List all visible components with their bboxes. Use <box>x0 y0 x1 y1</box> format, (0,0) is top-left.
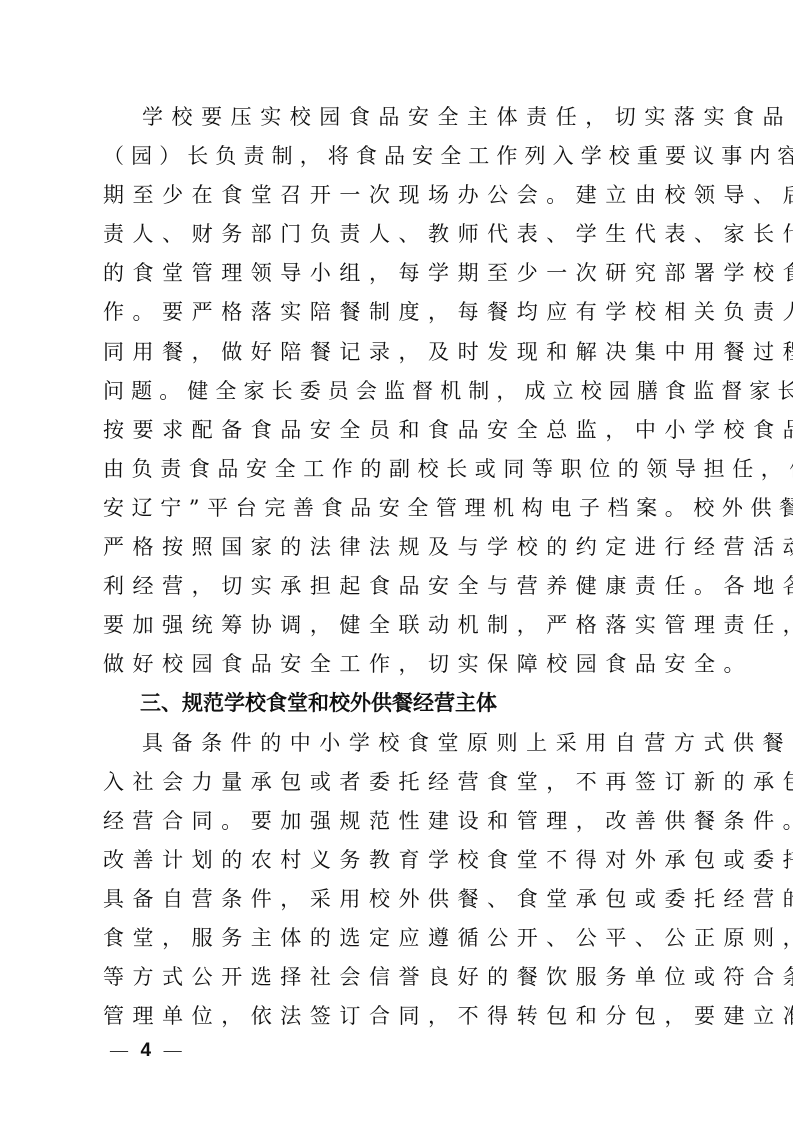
section-heading: 三、规范学校食堂和校外供餐经营主体 <box>103 684 703 723</box>
dash-right: — <box>164 1040 186 1060</box>
paragraph-line: 期至少在食堂召开一次现场办公会。建立由校领导、后勤部门负 <box>103 176 703 215</box>
paragraph-line: 改善计划的农村义务教育学校食堂不得对外承包或委托经营。不 <box>103 841 703 880</box>
document-body: 学校要压实校园食品安全主体责任，切实落实食品安全校 （园）长负责制，将食品安全工… <box>103 98 703 1036</box>
paragraph-line: 做好校园食品安全工作，切实保障校园食品安全。 <box>103 645 703 684</box>
paragraph-line: （园）长负责制，将食品安全工作列入学校重要议事内容，每学 <box>103 137 703 176</box>
page-number-footer: — 4 — <box>110 1040 186 1062</box>
paragraph-line: 责人、财务部门负责人、教师代表、学生代表、家长代表等组成 <box>103 215 703 254</box>
document-page: 学校要压实校园食品安全主体责任，切实落实食品安全校 （园）长负责制，将食品安全工… <box>0 0 793 1122</box>
paragraph-line: 入社会力量承包或者委托经营食堂，不再签订新的承包或者委托 <box>103 763 703 802</box>
paragraph-line: 学校要压实校园食品安全主体责任，切实落实食品安全校 <box>103 98 703 137</box>
paragraph-line: 问题。健全家长委员会监督机制，成立校园膳食监督家长委员会。 <box>103 372 703 411</box>
paragraph-line: 具备条件的中小学校食堂原则上采用自营方式供餐，不再引 <box>103 724 703 763</box>
paragraph-line: 经营合同。要加强规范性建设和管理，改善供餐条件。实施营养 <box>103 802 703 841</box>
paragraph-line: 按要求配备食品安全员和食品安全总监，中小学校食品安全总监 <box>103 411 703 450</box>
dash-left: — <box>110 1040 132 1060</box>
paragraph-line: 具备自营条件，采用校外供餐、食堂承包或委托经营的中小学校 <box>103 880 703 919</box>
page-number: 4 <box>141 1040 156 1061</box>
paragraph-line: 同用餐，做好陪餐记录，及时发现和解决集中用餐过程中存在的 <box>103 333 703 372</box>
paragraph-line: 的食堂管理领导小组，每学期至少一次研究部署学校食品安全工 <box>103 254 703 293</box>
paragraph-line: 等方式公开选择社会信誉良好的餐饮服务单位或符合条件的餐饮 <box>103 958 703 997</box>
paragraph-line: 由负责食品安全工作的副校长或同等职位的领导担任，依托“食 <box>103 450 703 489</box>
paragraph-line: 食堂，服务主体的选定应遵循公开、公平、公正原则，通过招标 <box>103 919 703 958</box>
paragraph-line: 管理单位，依法签订合同，不得转包和分包，要建立准入、考核 <box>103 997 703 1036</box>
paragraph-line: 严格按照国家的法律法规及与学校的约定进行经营活动，坚持微 <box>103 528 703 567</box>
paragraph-line: 要加强统筹协调，健全联动机制，严格落实管理责任，依法依责 <box>103 606 703 645</box>
paragraph-line: 利经营，切实承担起食品安全与营养健康责任。各地各有关部门 <box>103 567 703 606</box>
paragraph-line: 安辽宁”平台完善食品安全管理机构电子档案。校外供餐企业要 <box>103 489 703 528</box>
paragraph-line: 作。要严格落实陪餐制度，每餐均应有学校相关负责人与学生共 <box>103 293 703 332</box>
